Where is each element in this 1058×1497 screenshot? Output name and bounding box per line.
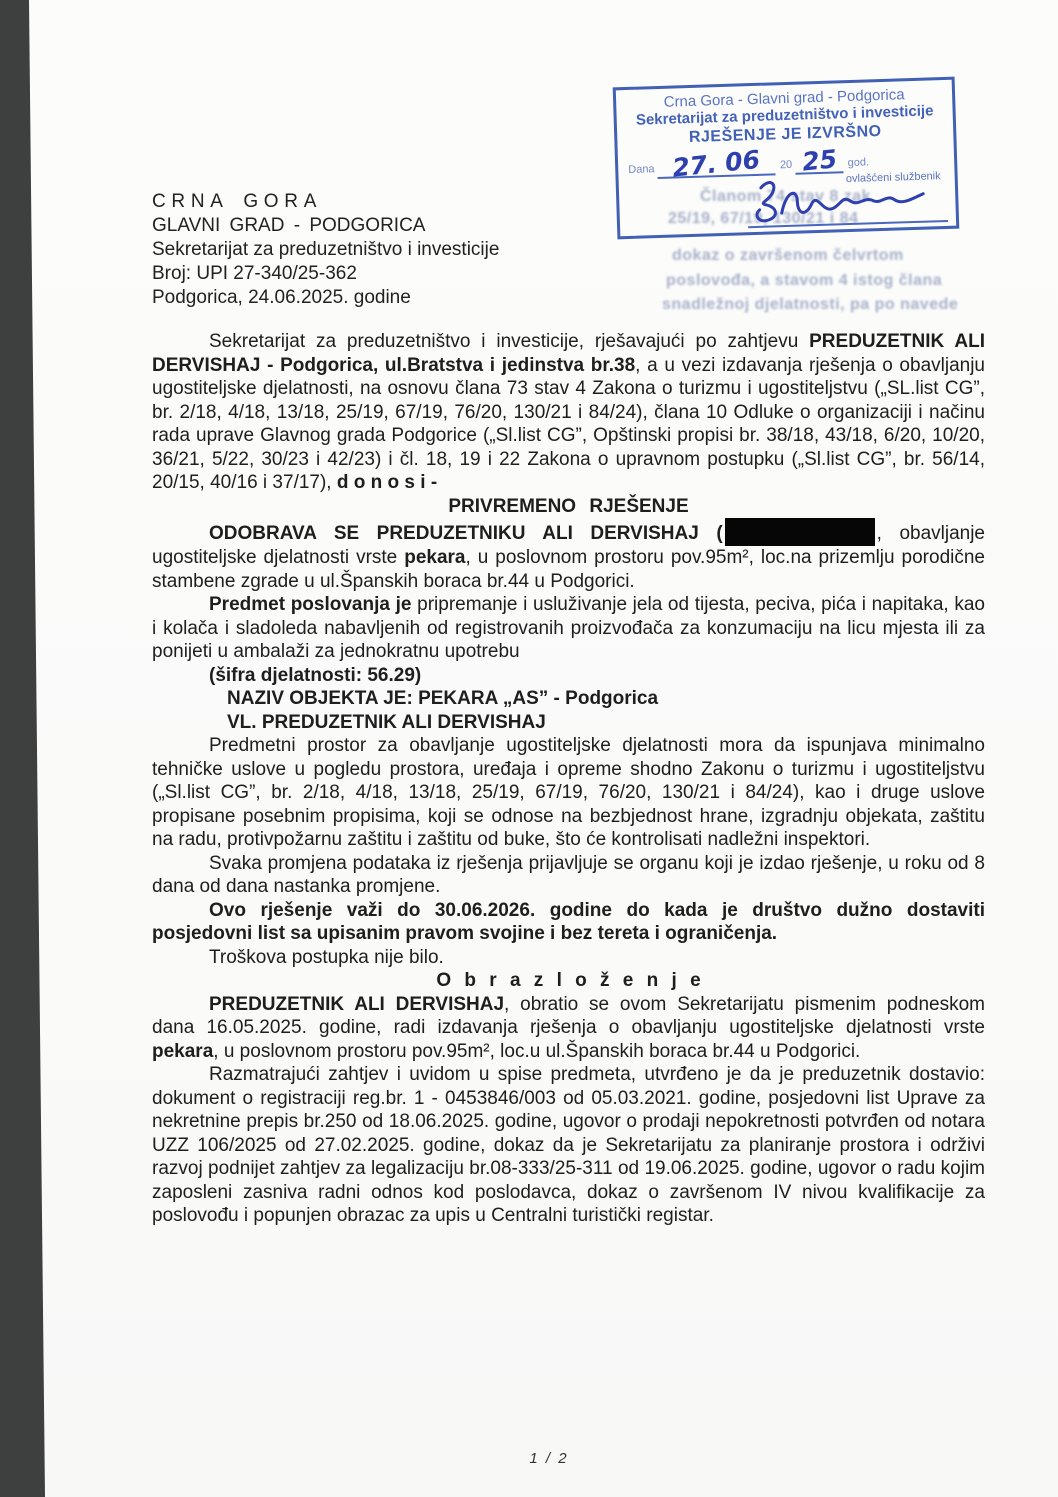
troskovi-line: Troškova postupka nije bilo. — [152, 946, 985, 970]
text-run: Razmatrajući zahtjev i uvidom u spise pr… — [152, 1064, 985, 1226]
text-run: pekara — [152, 1041, 213, 1062]
intro-paragraph: Sekretarijat za preduzetništvo i investi… — [152, 330, 985, 495]
owner-line: VL. PREDUZETNIK ALI DERVISHAJ — [152, 711, 985, 735]
text-run: Predmetni prostor za obavljanje ugostite… — [152, 735, 985, 850]
dokazi-paragraph: Razmatrajući zahtjev i uvidom u spise pr… — [152, 1063, 985, 1228]
header-case-number: Broj: UPI 27-340/25-362 — [152, 262, 985, 286]
vazenje-paragraph: Ovo rješenje važi do 30.06.2026. godine … — [152, 899, 985, 946]
predmet-paragraph: Predmet poslovanja je pripremanje i uslu… — [152, 593, 985, 664]
redaction-box — [725, 518, 875, 546]
header-department: Sekretarijat za preduzetništvo i investi… — [152, 238, 985, 262]
scanned-document-page: Članom 74 stav 8 zak 25/19, 67/19, 130/2… — [0, 0, 1058, 1497]
text-run: pekara — [404, 547, 465, 568]
sifra-djelatnosti-line: (šifra djelatnosti: 56.29) — [152, 664, 985, 688]
handwritten-year: 25 — [801, 149, 838, 172]
section-heading-obrazlozenje: O b r a z l o ž e n j e — [152, 969, 985, 993]
text-run: , u poslovnom prostoru pov.95m², loc.u u… — [213, 1041, 860, 1062]
stamp-year-prefix: 20 — [780, 159, 793, 171]
uslovi-paragraph: Predmetni prostor za obavljanje ugostite… — [152, 734, 985, 852]
document-body: Sekretarijat za preduzetništvo i investi… — [152, 330, 985, 1228]
header-country: CRNA GORA — [152, 190, 985, 214]
text-run: ODOBRAVA SE PREDUZETNIKU ALI DERVISHAJ ( — [209, 523, 723, 544]
document-header: CRNA GORA GLAVNI GRAD - PODGORICA Sekret… — [152, 190, 985, 310]
header-city: GLAVNI GRAD - PODGORICA — [152, 214, 985, 238]
object-name-line: NAZIV OBJEKTA JE: PEKARA „AS” - Podgoric… — [152, 687, 985, 711]
promjena-paragraph: Svaka promjena podataka iz rješenja prij… — [152, 852, 985, 899]
text-run: Troškova postupka nije bilo. — [209, 947, 444, 968]
text-run: Ovo rješenje važi do 30.06.2026. godine … — [152, 900, 985, 945]
text-run: PREDUZETNIK ALI DERVISHAJ — [209, 994, 504, 1015]
text-run: O b r a z l o ž e n j e — [436, 970, 700, 991]
stamp-year-suffix: god. — [847, 156, 869, 169]
odobrava-paragraph: ODOBRAVA SE PREDUZETNIKU ALI DERVISHAJ (… — [152, 518, 985, 593]
text-run: d o n o s i - — [337, 472, 437, 493]
section-heading-privremeno-rjesenje: PRIVREMENO RJEŠENJE — [152, 495, 985, 519]
podnesak-paragraph: PREDUZETNIK ALI DERVISHAJ, obratio se ov… — [152, 993, 985, 1064]
text-run: Svaka promjena podataka iz rješenja prij… — [152, 853, 985, 898]
document-content: CRNA GORA GLAVNI GRAD - PODGORICA Sekret… — [152, 190, 985, 1228]
text-run: VL. PREDUZETNIK ALI DERVISHAJ — [227, 712, 546, 733]
text-run: Predmet poslovanja je — [209, 594, 411, 615]
text-run: NAZIV OBJEKTA JE: PEKARA „AS” - Podgoric… — [227, 688, 658, 709]
page-number: 1 / 2 — [20, 1450, 1058, 1467]
text-run: PRIVREMENO RJEŠENJE — [448, 496, 688, 517]
text-run: (šifra djelatnosti: 56.29) — [209, 665, 421, 686]
header-place-date: Podgorica, 24.06.2025. godine — [152, 286, 985, 310]
stamp-date-label: Dana — [628, 163, 655, 176]
text-run: Sekretarijat za preduzetništvo i investi… — [209, 331, 809, 352]
